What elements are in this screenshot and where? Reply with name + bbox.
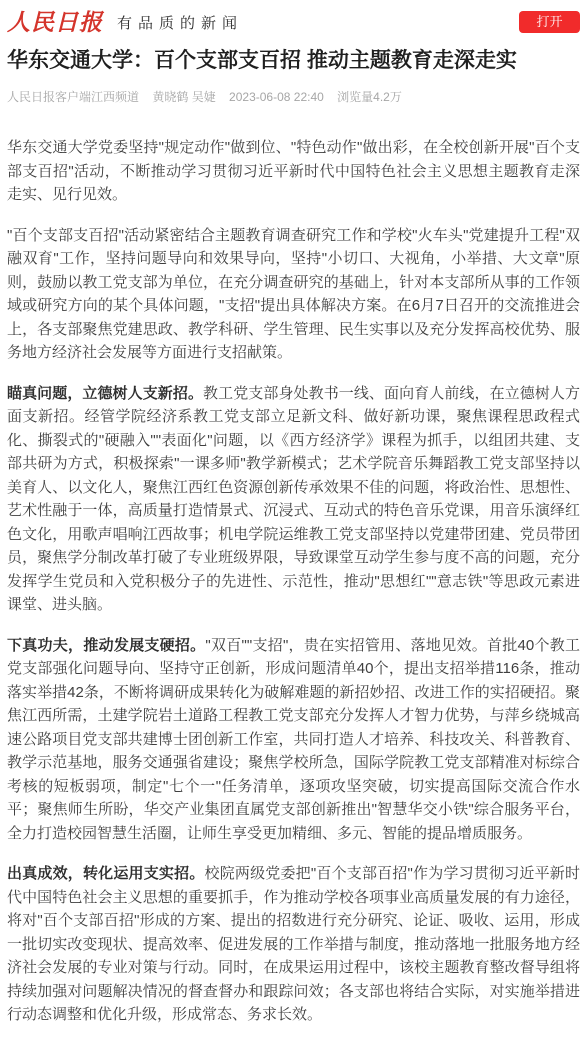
byline-authors: 黄晓鹤 吴婕 [152,90,215,104]
paragraph-lead: 下真功夫，推动发展支硬招。 [7,637,205,654]
paragraph-lead: 出真成效，转化运用支实招。 [7,865,205,882]
byline-datetime: 2023-06-08 22:40 [229,90,324,104]
article-body: 华东交通大学党委坚持"规定动作"做到位、"特色动作"做出彩，在全校创新开展"百个… [7,136,580,1027]
paragraph-text: 教工党支部身处教书一线、面向育人前线，在立德树人方面支新招。经管学院经济系教工党… [7,385,580,614]
app-header: 人民日报 有品质的新闻 打开 [7,8,580,36]
paragraph-lead: 瞄真问题，立德树人支新招。 [7,385,203,402]
header-tagline: 有品质的新闻 [117,12,243,33]
paragraph-new-moves: 瞄真问题，立德树人支新招。教工党支部身处教书一线、面向育人前线，在立德树人方面支… [7,382,580,617]
open-app-button[interactable]: 打开 [519,11,580,33]
paragraph-text: "双百""支招"，贵在实招管用、落地见效。首批40个教工党支部强化问题导向、坚持… [7,637,580,842]
paragraph-text: 校院两级党委把"百个支部百招"作为学习贯彻习近平新时代中国特色社会主义思想的重要… [7,865,580,1023]
byline-view-count: 浏览量4.2万 [337,90,402,104]
paragraph-text: "百个支部支百招"活动紧密结合主题教育调查研究工作和学校"火车头"党建提升工程"… [7,227,580,362]
article-title: 华东交通大学：百个支部支百招 推动主题教育走深走实 [7,48,580,74]
byline-source[interactable]: 人民日报客户端江西频道 [7,90,139,104]
article-page: 人民日报 有品质的新闻 打开 华东交通大学：百个支部支百招 推动主题教育走深走实… [0,0,587,1051]
paragraph-intro: 华东交通大学党委坚持"规定动作"做到位、"特色动作"做出彩，在全校创新开展"百个… [7,136,580,207]
paragraph-activity: "百个支部支百招"活动紧密结合主题教育调查研究工作和学校"火车头"党建提升工程"… [7,224,580,365]
byline: 人民日报客户端江西频道 黄晓鹤 吴婕 2023-06-08 22:40 浏览量4… [7,88,580,105]
paragraph-hard-moves: 下真功夫，推动发展支硬招。"双百""支招"，贵在实招管用、落地见效。首批40个教… [7,634,580,846]
paragraph-text: 华东交通大学党委坚持"规定动作"做到位、"特色动作"做出彩，在全校创新开展"百个… [7,139,580,203]
paragraph-real-results: 出真成效，转化运用支实招。校院两级党委把"百个支部百招"作为学习贯彻习近平新时代… [7,862,580,1027]
people-daily-logo[interactable]: 人民日报 [7,11,103,34]
